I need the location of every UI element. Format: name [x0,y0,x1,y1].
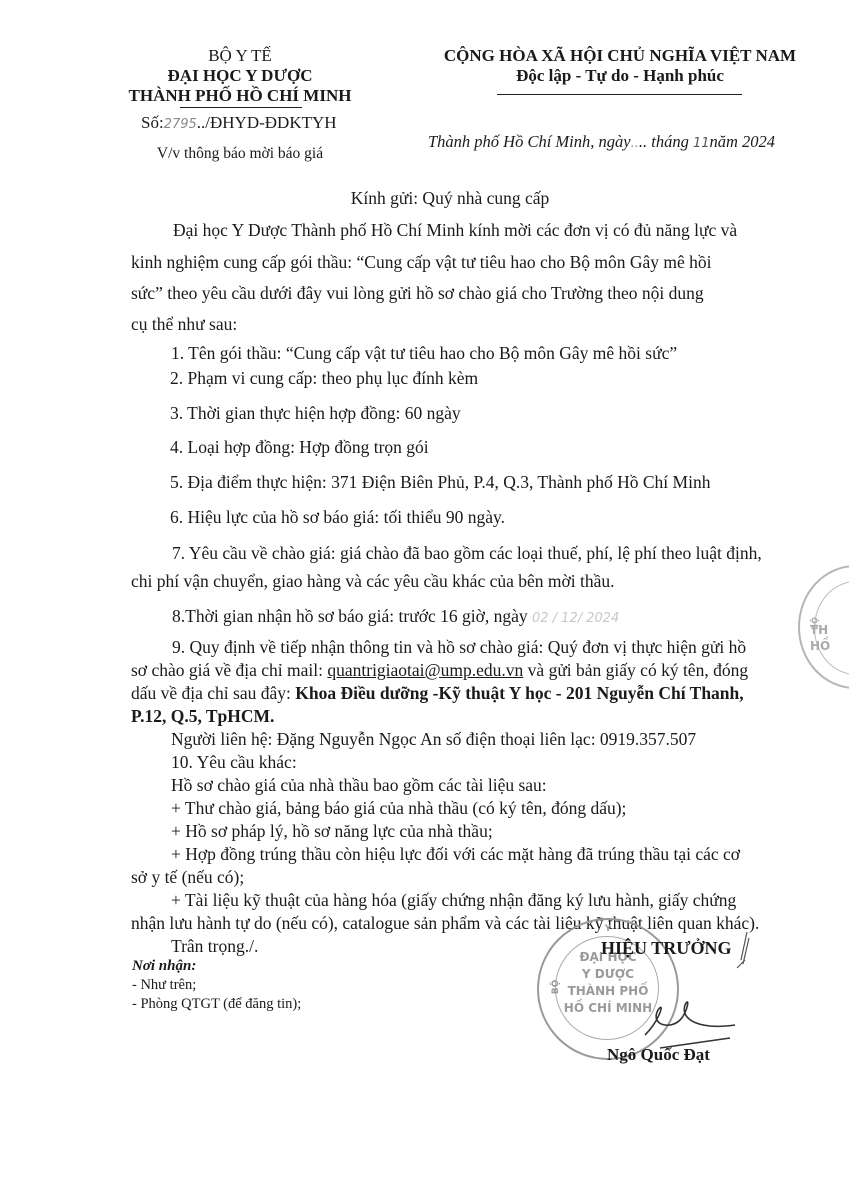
recipient-2: - Phòng QTGT (để đăng tin); [132,995,301,1013]
ministry-name: BỘ Y TẾ [130,46,350,66]
date-year: năm 2024 [710,132,776,151]
item-2-scope: 2. Phạm vi cung cấp: theo phụ lục đính k… [170,368,478,389]
recipients-title: Nơi nhận: [132,957,196,975]
contact-person: Người liên hệ: Đặng Nguyễn Ngọc An số đi… [171,729,696,750]
document-number: Số:2795../ĐHYD-ĐDKTYH [141,113,337,135]
item-9-line-3-pre: dấu về địa chỉ sau đây: [131,683,295,703]
edge-stamp-text-2: HỒ [810,639,849,653]
item-5-location: 5. Địa điểm thực hiện: 371 Điện Biên Phủ… [170,472,710,493]
item-9-line-2: sơ chào giá về địa chỉ mail: quantrigiao… [131,660,748,681]
date-month-handwritten: 11 [693,136,710,151]
item-9-line-2-pre: sơ chào giá về địa chỉ mail: [131,660,327,680]
initials-mark [733,930,753,970]
signature-title: HIỆU TRƯỞNG [601,938,732,959]
date-prefix: Thành phố Hồ Chí Minh, ngày [428,132,631,151]
doc-requirement-2: + Hồ sơ pháp lý, hồ sơ năng lực của nhà … [171,821,493,842]
edge-stamp-text-1: TH [810,623,849,637]
item-6-validity: 6. Hiệu lực của hồ sơ báo giá: tối thiểu… [170,507,505,528]
left-header-rule [180,107,302,108]
closing: Trân trọng./. [171,936,258,957]
doc-number-suffix: ../ĐHYD-ĐDKTYH [197,113,337,132]
email-link[interactable]: quantrigiaotai@ump.edu.vn [327,660,523,680]
item-7-line-2: chi phí vận chuyển, giao hàng và các yêu… [131,571,615,592]
item-9-line-3: dấu về địa chỉ sau đây: Khoa Điều dưỡng … [131,683,744,704]
item-8-text: 8.Thời gian nhận hồ sơ báo giá: trước 16… [172,606,528,626]
item-9-line-2-post: và gửi bản giấy có ký tên, đóng [523,660,748,680]
doc-requirement-1: + Thư chào giá, bảng báo giá của nhà thầ… [171,798,626,819]
edge-stamp: BỘ TH HỒ [798,565,849,689]
item-1-package-name: 1. Tên gói thầu: “Cung cấp vật tư tiêu h… [171,343,677,364]
item-8-deadline: 8.Thời gian nhận hồ sơ báo giá: trước 16… [172,606,619,629]
signer-name: Ngô Quốc Đạt [607,1045,710,1065]
doc-requirement-3-cont: sở y tế (nếu có); [131,867,244,888]
item-7-line-1: 7. Yêu cầu về chào giá: giá chào đã bao … [172,543,762,564]
recipient-1: - Như trên; [132,976,196,994]
intro-line-4: cụ thể như sau: [131,314,237,335]
item-8-date-handwritten: 02 / 12/ 2024 [532,611,619,626]
doc-number-prefix: Số: [141,113,164,132]
university-name-line1: ĐẠI HỌC Y DƯỢC [120,66,360,86]
date-day-handwritten: .. [631,136,639,151]
intro-line-2: kinh nghiệm cung cấp gói thầu: “Cung cấp… [131,252,712,273]
doc-number-handwritten: 2795 [164,117,197,132]
item-4-contract-type: 4. Loại hợp đồng: Hợp đồng trọn gói [170,437,429,458]
document-date: Thành phố Hồ Chí Minh, ngày.... tháng 11… [428,132,775,152]
item-9-line-1: 9. Quy định về tiếp nhận thông tin và hồ… [172,637,746,658]
right-header-rule [497,94,742,95]
doc-requirement-4: + Tài liệu kỹ thuật của hàng hóa (giấy c… [171,890,736,911]
item-3-duration: 3. Thời gian thực hiện hợp đồng: 60 ngày [170,403,461,424]
intro-line-1: Đại học Y Dược Thành phố Hồ Chí Minh kín… [173,220,737,241]
delivery-address: Khoa Điều dưỡng -Kỹ thuật Y học - 201 Ng… [295,683,743,703]
item-10-title: 10. Yêu cầu khác: [171,752,297,773]
document-subject: V/v thông báo mời báo giá [140,145,340,163]
national-motto: Độc lập - Tự do - Hạnh phúc [500,66,740,86]
date-month-label: .. tháng [639,132,689,151]
intro-line-3: sức” theo yêu cầu dưới đây vui lòng gửi … [131,283,704,304]
university-name-line2: THÀNH PHỐ HỒ CHÍ MINH [115,86,365,106]
salutation: Kính gửi: Quý nhà cung cấp [300,188,600,209]
stamp-text-side: BỘ [551,918,561,1056]
doc-requirement-3: + Hợp đồng trúng thầu còn hiệu lực đối v… [171,844,740,865]
item-10-intro: Hồ sơ chào giá của nhà thầu bao gồm các … [171,775,547,796]
country-name: CỘNG HÒA XÃ HỘI CHỦ NGHĨA VIỆT NAM [440,46,800,66]
item-9-line-4: P.12, Q.5, TpHCM. [131,706,274,727]
